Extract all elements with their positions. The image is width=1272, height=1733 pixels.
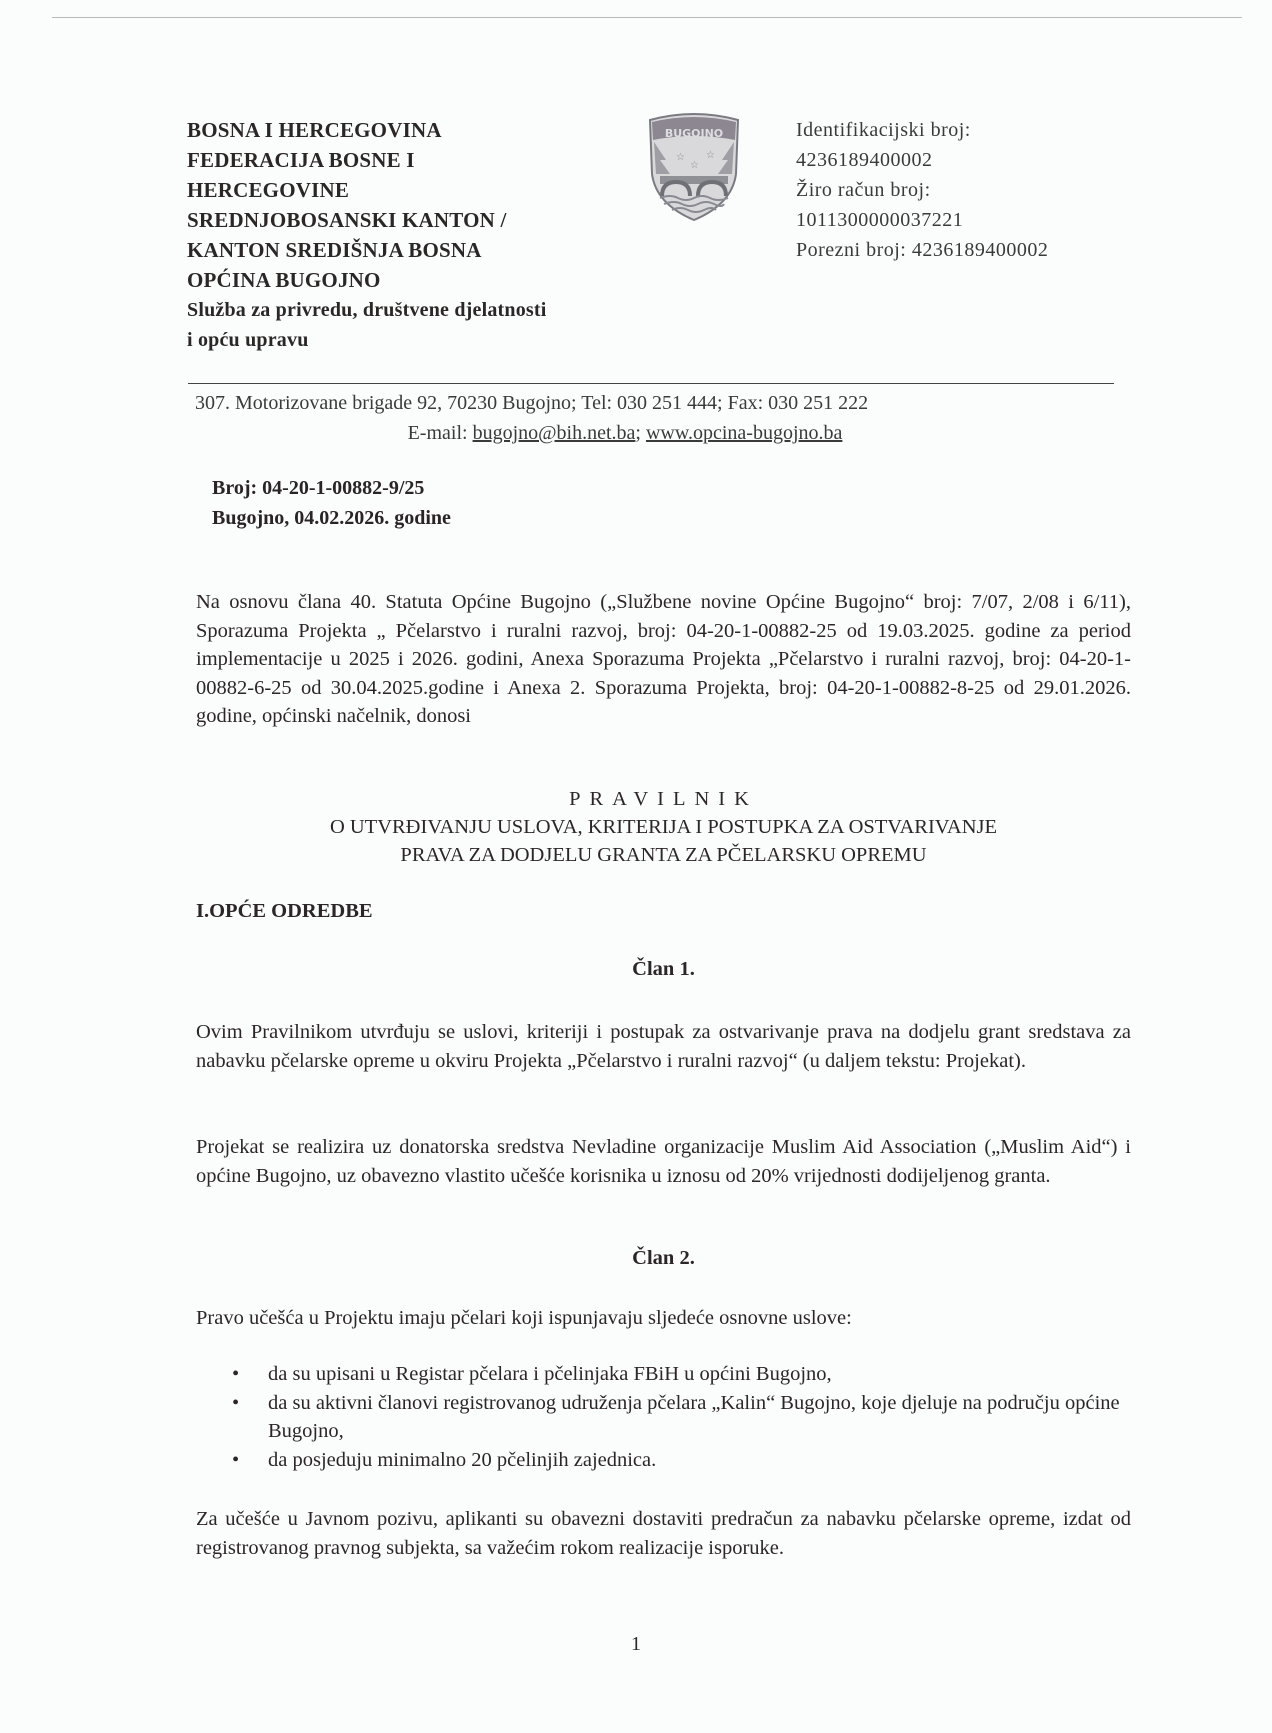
link-separator: ; (635, 422, 646, 444)
list-item: da su aktivni članovi registrovanog udru… (230, 1389, 1130, 1446)
issuer-line: FEDERACIJA BOSNE I (187, 145, 547, 175)
conditions-list: da su upisani u Registar pčelara i pčeli… (230, 1360, 1130, 1474)
title-sub-1: O UTVRĐIVANJU USLOVA, KRITERIJA I POSTUP… (196, 813, 1131, 841)
postal-address: 307. Motorizovane brigade 92, 70230 Bugo… (195, 388, 1055, 418)
document-title: PRAVILNIK O UTVRĐIVANJU USLOVA, KRITERIJ… (196, 785, 1131, 869)
list-item: da su upisani u Registar pčelara i pčeli… (230, 1360, 1130, 1389)
page-number: 1 (0, 1633, 1272, 1656)
svg-text:☆: ☆ (690, 160, 699, 171)
registration-info: Identifikacijski broj: 4236189400002 Žir… (796, 115, 1048, 265)
tax-number: Porezni broj: 4236189400002 (796, 235, 1048, 265)
service-line: Služba za privredu, društvene djelatnost… (187, 295, 547, 325)
issuer-line: BOSNA I HERCEGOVINA (187, 115, 547, 145)
id-number-value: 4236189400002 (796, 145, 1048, 175)
giro-account-value: 1011300000037221 (796, 205, 1048, 235)
article-paragraph: Za učešće u Javnom pozivu, aplikanti su … (196, 1505, 1131, 1562)
article-heading: Član 1. (196, 958, 1131, 981)
preamble-paragraph: Na osnovu člana 40. Statuta Općine Bugoj… (196, 588, 1131, 731)
svg-text:BUGOJNO: BUGOJNO (665, 127, 723, 140)
id-number-label: Identifikacijski broj: (796, 115, 1048, 145)
contact-block: 307. Motorizovane brigade 92, 70230 Bugo… (195, 388, 1055, 448)
issuer-line: OPĆINA BUGOJNO (187, 265, 547, 295)
article-paragraph: Projekat se realizira uz donatorska sred… (196, 1133, 1131, 1190)
header-separator (188, 383, 1114, 384)
title-main: PRAVILNIK (196, 785, 1131, 813)
municipality-crest-icon: BUGOJNO ☆ ☆ ☆ (644, 112, 744, 224)
giro-account-label: Žiro račun broj: (796, 175, 1048, 205)
article-paragraph: Ovim Pravilnikom utvrđuju se uslovi, kri… (196, 1018, 1131, 1075)
issuer-line: HERCEGOVINE (187, 175, 547, 205)
article-paragraph: Pravo učešća u Projektu imaju pčelari ko… (196, 1304, 1131, 1333)
document-reference: Broj: 04-20-1-00882-9/25 Bugojno, 04.02.… (212, 473, 451, 533)
reference-number: Broj: 04-20-1-00882-9/25 (212, 473, 451, 503)
issuer-line: SREDNJOBOSANSKI KANTON / (187, 205, 547, 235)
svg-text:☆: ☆ (706, 150, 715, 161)
email-link[interactable]: bugojno@bih.net.ba (473, 422, 636, 444)
contact-links: E-mail: bugojno@bih.net.ba; www.opcina-b… (195, 418, 1055, 448)
issuer-block: BOSNA I HERCEGOVINA FEDERACIJA BOSNE I H… (187, 115, 547, 355)
scan-top-rule (52, 17, 1242, 18)
email-label: E-mail: (408, 422, 473, 444)
title-sub-2: PRAVA ZA DODJELU GRANTA ZA PČELARSKU OPR… (196, 841, 1131, 869)
website-link[interactable]: www.opcina-bugojno.ba (646, 422, 842, 444)
issuer-line: KANTON SREDIŠNJA BOSNA (187, 235, 547, 265)
svg-text:☆: ☆ (676, 152, 685, 163)
article-heading: Član 2. (196, 1247, 1131, 1270)
place-date: Bugojno, 04.02.2026. godine (212, 503, 451, 533)
list-item: da posjeduju minimalno 20 pčelinjih zaje… (230, 1446, 1130, 1475)
section-heading: I.OPĆE ODREDBE (196, 900, 373, 923)
service-line: i opću upravu (187, 325, 547, 355)
